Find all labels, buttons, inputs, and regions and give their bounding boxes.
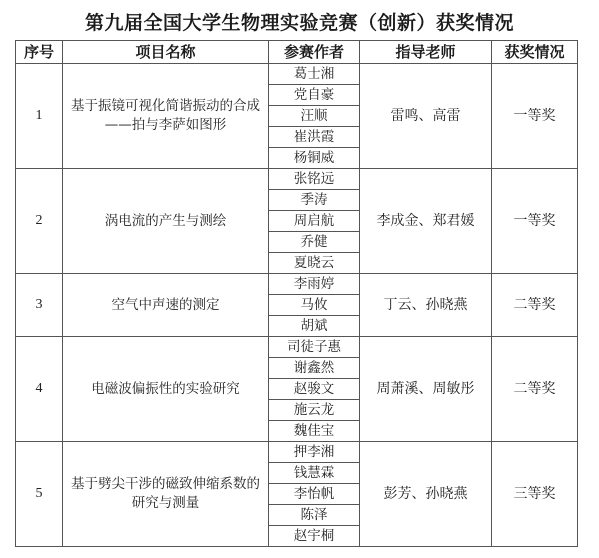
award: 二等奖 — [492, 337, 578, 442]
member-name: 乔健 — [269, 232, 360, 253]
member-name: 葛士湘 — [269, 64, 360, 85]
advisors: 彭芳、孙晓燕 — [360, 442, 492, 547]
member-name: 季涛 — [269, 190, 360, 211]
member-name: 张铭远 — [269, 169, 360, 190]
awards-table: 序号 项目名称 参赛作者 指导老师 获奖情况 1 基于振镜可视化简谐振动的合成—… — [15, 40, 578, 547]
table-row: 1 基于振镜可视化简谐振动的合成——拍与李萨如图形 葛士湘 雷鸣、高雷 一等奖 — [16, 64, 578, 85]
member-name: 赵骏文 — [269, 379, 360, 400]
member-name: 陈泽 — [269, 505, 360, 526]
row-number: 5 — [16, 442, 63, 547]
member-name: 司徒子惠 — [269, 337, 360, 358]
row-number: 4 — [16, 337, 63, 442]
award: 一等奖 — [492, 64, 578, 169]
member-name: 魏佳宝 — [269, 421, 360, 442]
row-number: 2 — [16, 169, 63, 274]
row-number: 1 — [16, 64, 63, 169]
member-name: 崔洪霞 — [269, 127, 360, 148]
member-name: 周启航 — [269, 211, 360, 232]
member-name: 夏晓云 — [269, 253, 360, 274]
project-name: 空气中声速的测定 — [63, 274, 269, 337]
member-name: 押李湘 — [269, 442, 360, 463]
award: 三等奖 — [492, 442, 578, 547]
table-header-row: 序号 项目名称 参赛作者 指导老师 获奖情况 — [16, 41, 578, 64]
member-name: 赵宇桐 — [269, 526, 360, 547]
member-name: 汪顺 — [269, 106, 360, 127]
advisors: 雷鸣、高雷 — [360, 64, 492, 169]
project-name: 电磁波偏振性的实验研究 — [63, 337, 269, 442]
table-row: 5 基于劈尖干涉的磁致伸缩系数的研究与测量 押李湘 彭芳、孙晓燕 三等奖 — [16, 442, 578, 463]
member-name: 马攸 — [269, 295, 360, 316]
member-name: 谢鑫然 — [269, 358, 360, 379]
header-members: 参赛作者 — [269, 41, 360, 64]
member-name: 杨铜威 — [269, 148, 360, 169]
member-name: 李怡帆 — [269, 484, 360, 505]
table-row: 3 空气中声速的测定 李雨婷 丁云、孙晓燕 二等奖 — [16, 274, 578, 295]
project-name: 涡电流的产生与测绘 — [63, 169, 269, 274]
project-name: 基于劈尖干涉的磁致伸缩系数的研究与测量 — [63, 442, 269, 547]
award: 一等奖 — [492, 169, 578, 274]
row-number: 3 — [16, 274, 63, 337]
header-number: 序号 — [16, 41, 63, 64]
header-award: 获奖情况 — [492, 41, 578, 64]
table-row: 2 涡电流的产生与测绘 张铭远 李成金、郑君媛 一等奖 — [16, 169, 578, 190]
advisors: 丁云、孙晓燕 — [360, 274, 492, 337]
advisors: 周萧溪、周敏彤 — [360, 337, 492, 442]
member-name: 施云龙 — [269, 400, 360, 421]
member-name: 胡斌 — [269, 316, 360, 337]
header-project: 项目名称 — [63, 41, 269, 64]
member-name: 钱慧霖 — [269, 463, 360, 484]
header-advisors: 指导老师 — [360, 41, 492, 64]
document-title: 第九届全国大学生物理实验竞赛（创新）获奖情况 — [0, 8, 599, 35]
table-row: 4 电磁波偏振性的实验研究 司徒子惠 周萧溪、周敏彤 二等奖 — [16, 337, 578, 358]
award: 二等奖 — [492, 274, 578, 337]
member-name: 李雨婷 — [269, 274, 360, 295]
project-name: 基于振镜可视化简谐振动的合成——拍与李萨如图形 — [63, 64, 269, 169]
member-name: 党自豪 — [269, 85, 360, 106]
advisors: 李成金、郑君媛 — [360, 169, 492, 274]
